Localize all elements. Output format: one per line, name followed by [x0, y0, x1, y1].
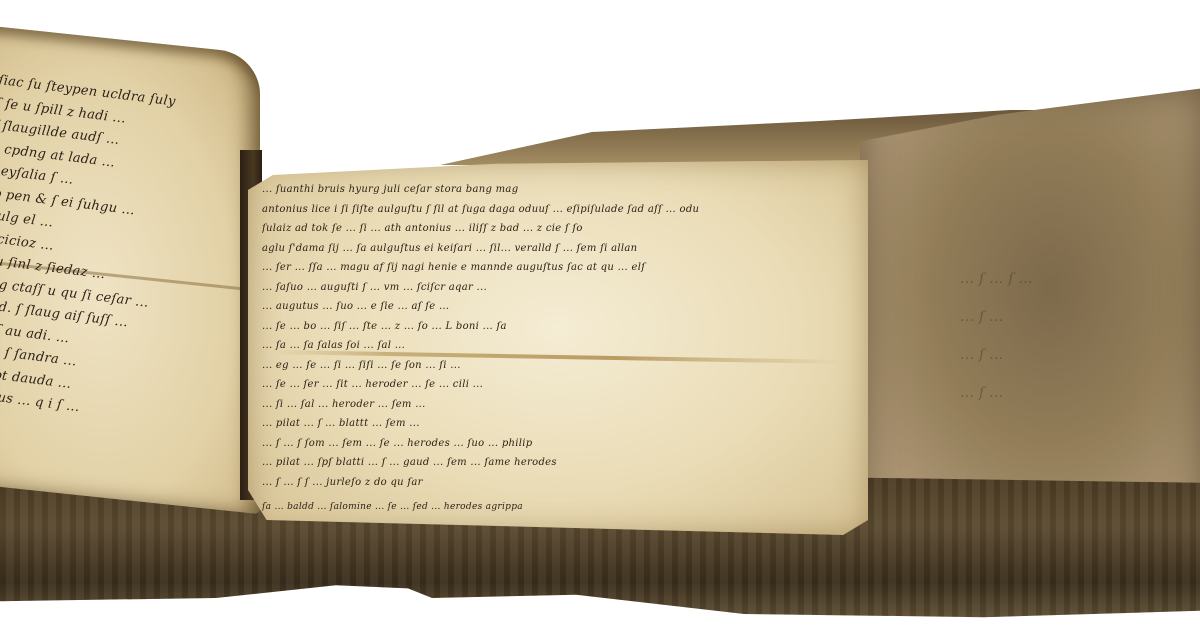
- handwriting-line: ſulaiz ad tok ſe ... ſi ... ath antonius…: [262, 219, 852, 239]
- faded-line: ... ſ ... ſ ...: [960, 260, 1160, 298]
- faded-line: ... ſ ...: [960, 298, 1160, 336]
- right-faded-writing: ... ſ ... ſ ... ... ſ ... ... ſ ... ... …: [960, 260, 1160, 412]
- handwriting-line: ... pilat ... ſ ... blattt ... ſem ...: [262, 414, 852, 434]
- handwriting-line: ... ſ ... ſ ſom ... ſem ... ſe ... herod…: [262, 434, 852, 454]
- handwriting-line: ... ſe ... bo ... ſiſ ... ſte ... z ... …: [262, 317, 852, 337]
- handwriting-line: ... pilat ... ſpſ blatti ... ſ ... gaud …: [262, 453, 852, 473]
- handwriting-bottom-line: ſa ... baldd ... ſalomine ... ſe ... ſed…: [262, 498, 852, 518]
- faded-line: ... ſ ...: [960, 336, 1160, 374]
- handwriting-line: ... ſe ... ſer ... ſit ... heroder ... ſ…: [262, 375, 852, 395]
- center-leaf-handwriting: ... ſuanthi bruis hyurg juli ceſar stora…: [262, 180, 852, 518]
- left-page-handwriting: ſiac ſu ſteypen ucldra ſuly ſ ſe u ſpill…: [0, 70, 238, 434]
- handwriting-line: ... ſ ... ſ ſ ... jurleſo z do qu ſar: [262, 473, 852, 493]
- handwriting-line: antonius lice i ſi ſiſte aulguſtu ſ ſil …: [262, 200, 852, 220]
- handwriting-line: ... ſaſuo ... auguſti ſ ... vm ... ſciſc…: [262, 278, 852, 298]
- handwriting-line: ... ſer ... ſſa ... magu af ſij nagi hen…: [262, 258, 852, 278]
- handwriting-line: ... ſuanthi bruis hyurg juli ceſar stora…: [262, 180, 852, 200]
- handwriting-line: ... ſi ... ſal ... heroder ... ſem ...: [262, 395, 852, 415]
- handwriting-line: ... ſa ... ſa ſalas ſoi ... ſal ...: [262, 336, 852, 356]
- faded-line: ... ſ ...: [960, 374, 1160, 412]
- handwriting-line: ... eg ... ſe ... ſi ... ſiſi ... ſe ſon…: [262, 356, 852, 376]
- handwriting-line: ... augutus ... ſuo ... e ſie ... aſ ſe …: [262, 297, 852, 317]
- handwriting-line: aglu ſ'dama ſij ... ſa aulguſtus ei keiſ…: [262, 239, 852, 259]
- manuscript-photo: ſiac ſu ſteypen ucldra ſuly ſ ſe u ſpill…: [0, 0, 1200, 630]
